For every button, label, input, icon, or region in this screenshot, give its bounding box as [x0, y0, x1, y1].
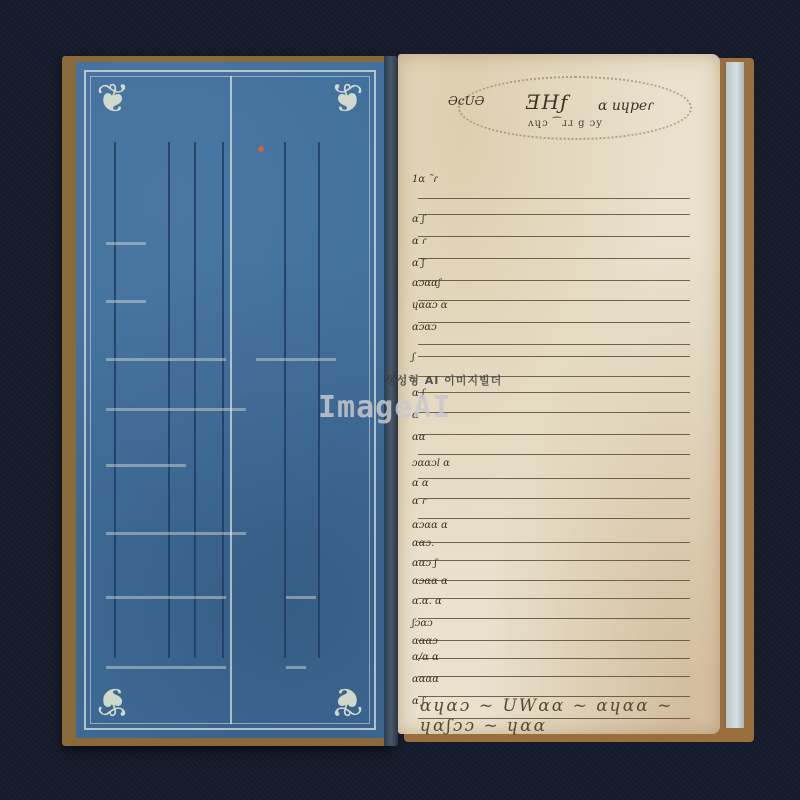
handwritten-entry: ɑɔɑɑ ɑ: [412, 576, 448, 587]
ruled-line: [418, 412, 690, 413]
cover-faded-mark: [106, 408, 246, 411]
handwritten-entry: ɑɔɑɔ: [412, 322, 437, 333]
ruled-line: [418, 392, 690, 393]
handwritten-entry: ɑɑɔ ʃ: [412, 558, 437, 569]
handwritten-entry: ʃ: [412, 352, 415, 363]
ruled-line: [418, 214, 690, 215]
corner-ornament-icon: ❦: [320, 72, 374, 126]
ruled-line: [418, 356, 690, 357]
handwritten-entry: ɑ ɾ: [412, 496, 426, 507]
handwritten-entry: ɑɔɑɑʃ: [412, 278, 441, 289]
header-ornament-oval: [458, 76, 692, 140]
handwritten-entry: ɑɑɔ.: [412, 538, 434, 549]
cover-faded-mark: [256, 358, 336, 361]
handwritten-entry: ɑ ɑ: [412, 478, 429, 489]
corner-ornament-icon: ❦: [320, 674, 374, 728]
ruled-line: [418, 618, 690, 619]
cover-faded-mark: [106, 464, 186, 467]
ruled-line: [418, 236, 690, 237]
ruled-line: [418, 560, 690, 561]
header-left-text: ƏcUƏ: [448, 94, 485, 108]
ruled-line: [418, 598, 690, 599]
handwritten-entry: ɑ ɾ: [412, 236, 426, 247]
cover-faded-mark: [106, 300, 146, 303]
ruled-line: [418, 478, 690, 479]
ruled-line: [418, 542, 690, 543]
handwritten-entry: ɔɑɑɔl ɑ: [412, 458, 450, 469]
ruled-line: [418, 454, 690, 455]
ruled-line: [418, 434, 690, 435]
page-header: ƏcUƏ ƎHƒ ɑ uɥpeɾ ʌɥɔ ⁀ɹɹ g ɔy: [448, 72, 698, 152]
corner-ornament-icon: ❦: [86, 674, 140, 728]
ruled-line: [418, 198, 690, 199]
ruled-line: [418, 580, 690, 581]
cover-column-line: [114, 142, 116, 658]
ruled-line: [418, 518, 690, 519]
cover-column-line: [284, 142, 286, 658]
ruled-line: [418, 640, 690, 641]
ruled-line: [418, 344, 690, 345]
corner-ornament-icon: ❦: [86, 72, 140, 126]
ruled-line: [418, 498, 690, 499]
signature: ɑɥɑɔ ~ UWɑɑ ~ ɑɥɑɑ ~ ɥɑʃɔɔ ~ ɥɑɑ: [420, 696, 720, 736]
cover-faded-mark: [106, 596, 226, 599]
handwritten-entry: ʃɔɑɔ: [412, 618, 433, 629]
handwritten-entry: ɑɔɑɑ ɑ: [412, 520, 448, 531]
page-edges: [724, 62, 744, 728]
handwritten-entry: ɑ/ɑ ɑ: [412, 652, 439, 663]
cover-faded-mark: [286, 666, 306, 669]
handwritten-entry: ɑ ʃ̃: [412, 258, 425, 269]
cover-center-line: [230, 76, 232, 724]
header-subtitle: ʌɥɔ ⁀ɹɹ g ɔy: [528, 118, 603, 129]
handwritten-entry: ɑɑ: [412, 432, 426, 443]
cover-faded-mark: [106, 242, 146, 245]
watermark-subtitle: 생성형 AI 이미지빌더: [385, 372, 502, 388]
cover-column-line: [194, 142, 196, 658]
ruled-line: [418, 676, 690, 677]
ruled-line: [418, 280, 690, 281]
ruled-line: [418, 258, 690, 259]
handwritten-entry: ɑ ʃ: [412, 214, 425, 225]
cover-column-line: [168, 142, 170, 658]
header-title: ƎHƒ: [526, 90, 568, 114]
header-right-text: ɑ uɥpeɾ: [598, 98, 654, 114]
ruled-line: [418, 658, 690, 659]
cover-faded-mark: [106, 358, 226, 361]
handwritten-entry: ɥɑɑɔ ɑ: [412, 300, 447, 311]
stain-spot: [258, 146, 264, 152]
cover-faded-mark: [106, 666, 226, 669]
handwritten-entry: ɑɑɑɑ: [412, 674, 439, 685]
handwritten-entry: 1ɑ ˜ɾ: [412, 174, 438, 185]
handwritten-entry: ɑ.ɑ. ɑ: [412, 596, 442, 607]
cover-column-line: [222, 142, 224, 658]
watermark-logo: ImageAI: [318, 390, 451, 425]
ruled-line: [418, 322, 690, 323]
ruled-line: [418, 300, 690, 301]
cover-faded-mark: [286, 596, 316, 599]
cover-faded-mark: [106, 532, 246, 535]
handwritten-entry: ɑɑɑɔ: [412, 636, 438, 647]
